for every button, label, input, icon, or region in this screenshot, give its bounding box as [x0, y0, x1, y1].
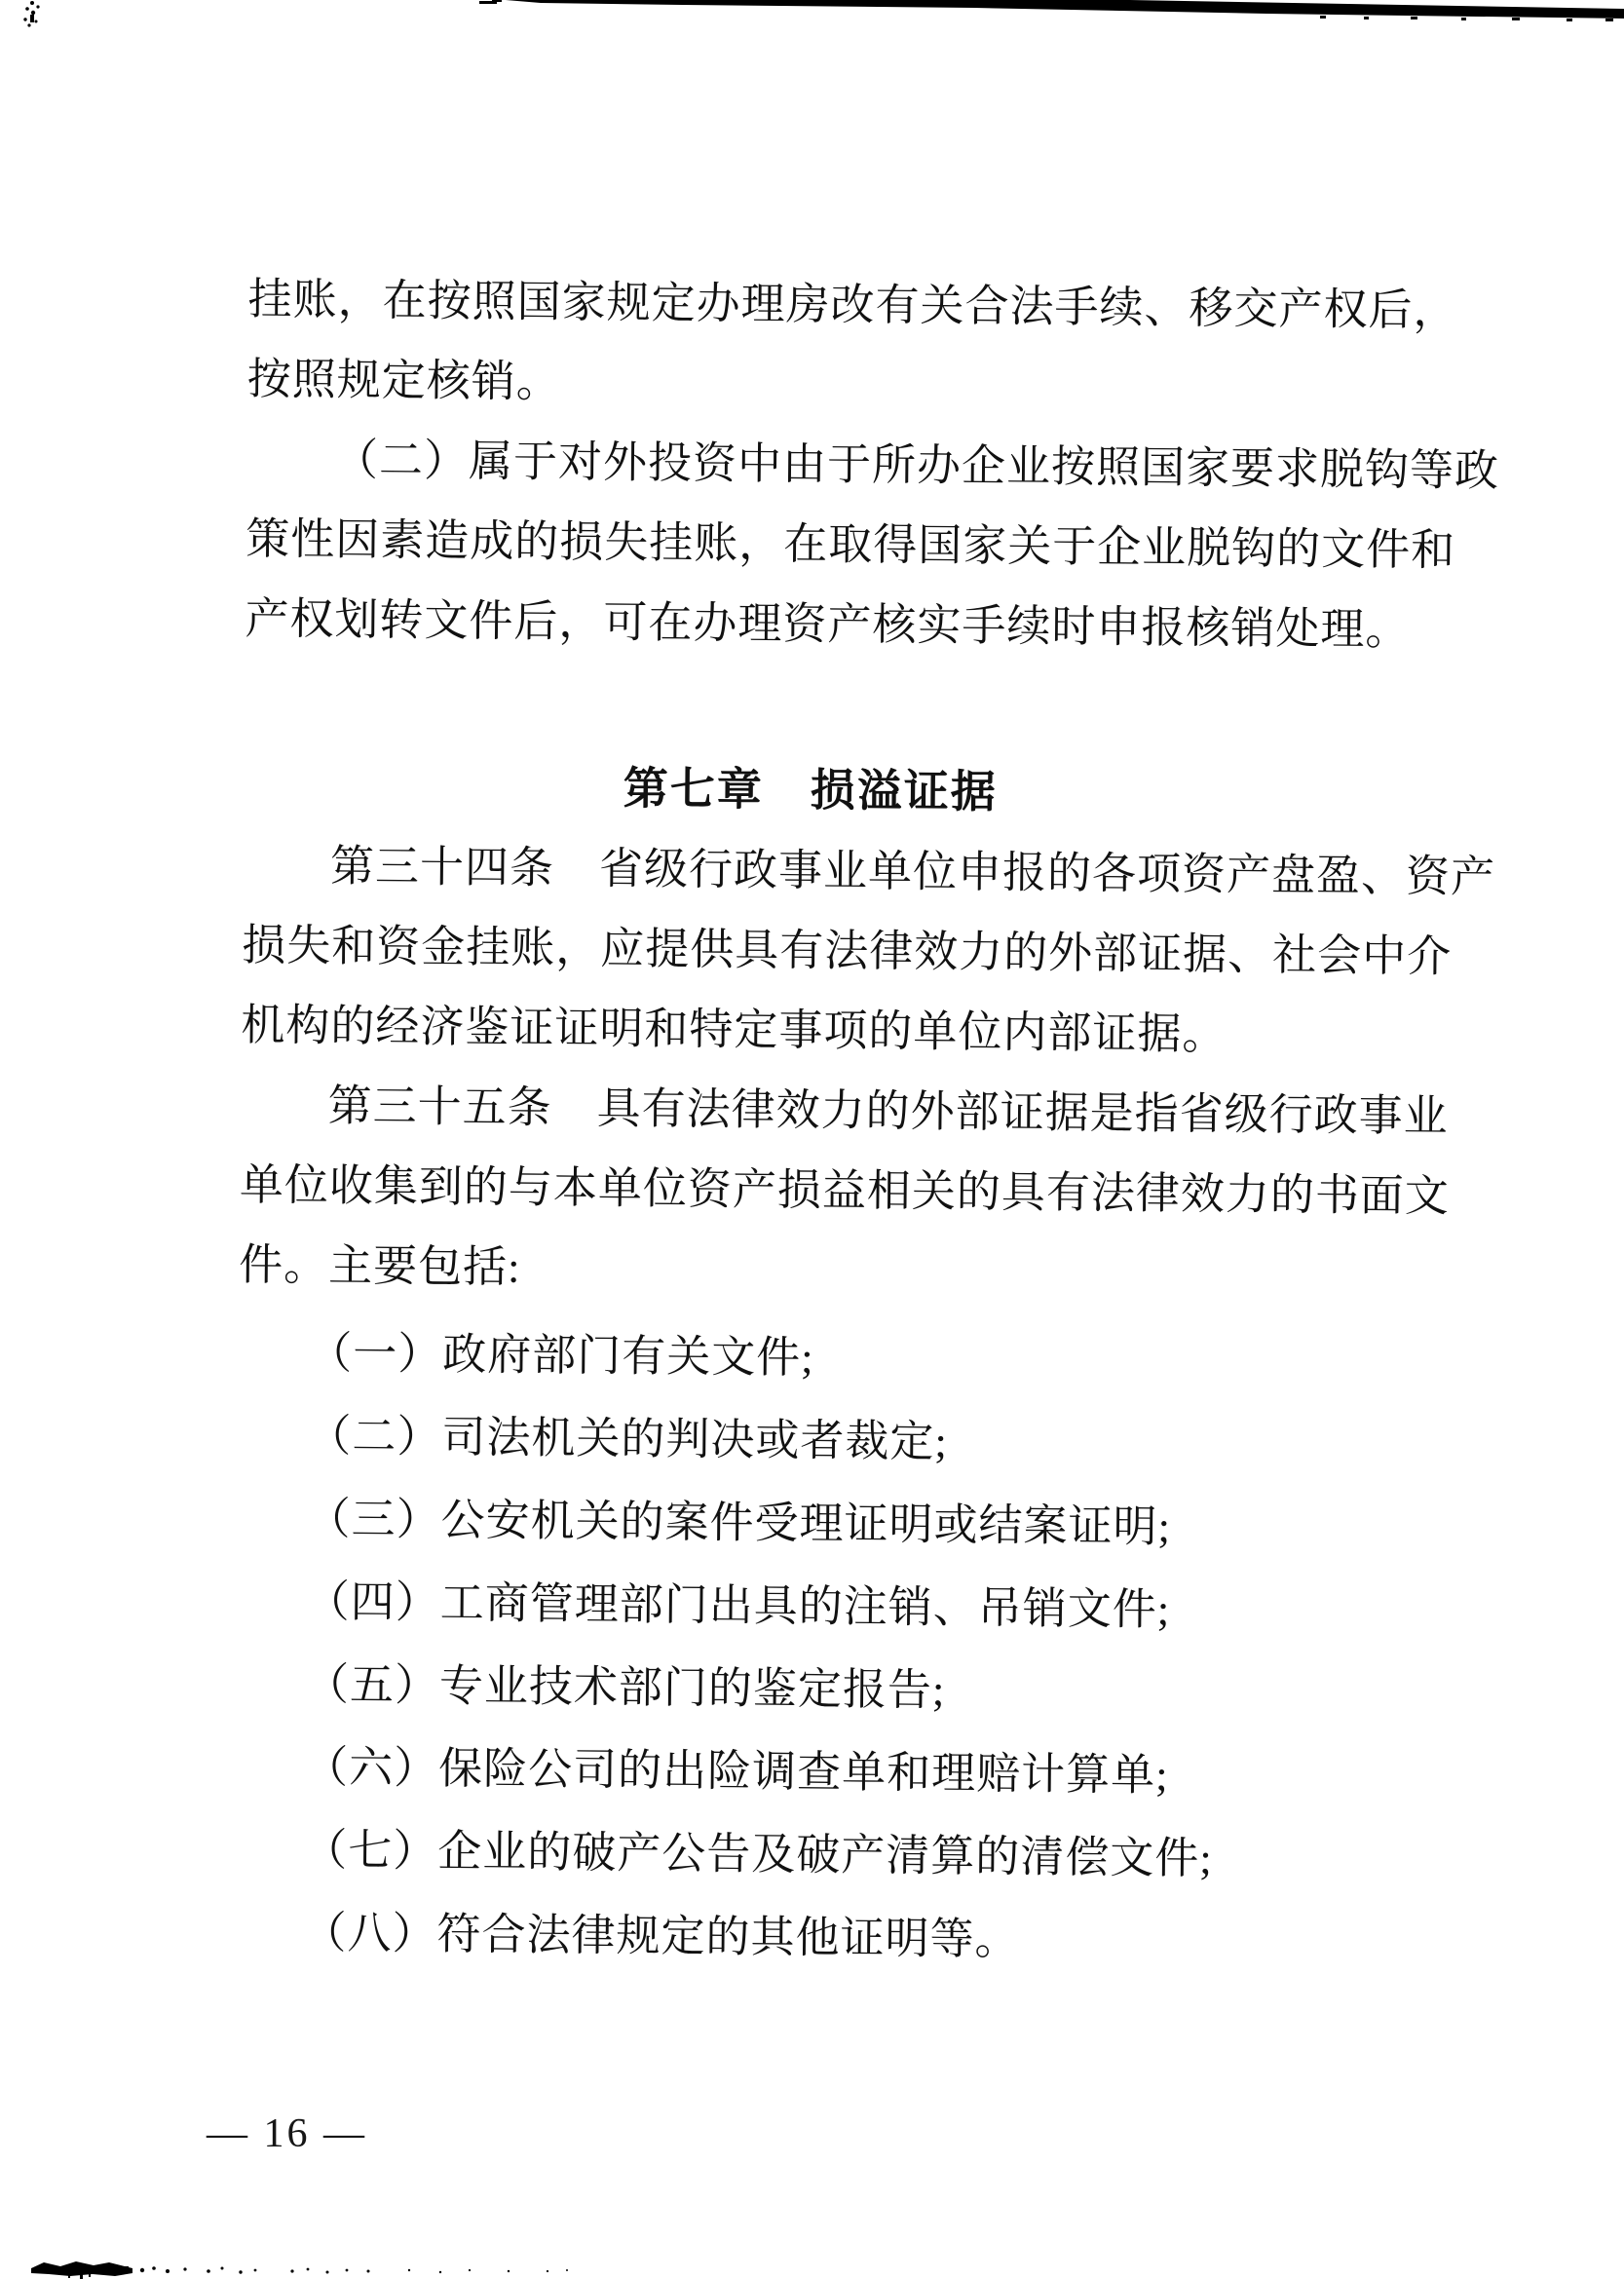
ink-speck-top-left [23, 1, 39, 27]
body-line: 按照规定核销。 [246, 339, 1543, 432]
ink-smudge-bottom-left [31, 2261, 568, 2279]
body-line: 件。主要包括: [239, 1225, 1535, 1317]
scanned-document-page: 挂账，在按照国家规定办理房改有关合法手续、移交产权后， 按照规定核销。 （二）属… [0, 0, 1624, 2279]
body-line: 损失和资金挂账，应提供具有法律效力的外部证据、社会中介 [242, 905, 1538, 998]
list-item: （八）符合法律规定的其他证明等。 [232, 1891, 1529, 1987]
list-item: （七）企业的破产公告及破产清算的清偿文件; [233, 1808, 1530, 1904]
chapter-heading: 第七章 损溢证据 [623, 749, 1539, 838]
body-line: （二）属于对外投资中由于所办企业按照国家要求脱钩等政 [246, 419, 1543, 512]
body-line: 产权划转文件后，可在办理资产核实手续时申报核销处理。 [245, 579, 1541, 671]
list-item: （一）政府部门有关文件; [238, 1311, 1534, 1407]
body-line: 机构的经济鉴证证明和特定事项的单位内部证据。 [241, 985, 1537, 1078]
scan-edge-artifact-top [479, 0, 1624, 21]
list-item: （六）保险公司的出险调查单和理赔计算单; [234, 1726, 1530, 1821]
list-item: （二）司法机关的判决或者裁定; [237, 1394, 1533, 1490]
list-item: （三）公安机关的案件受理证明或结案证明; [236, 1477, 1532, 1573]
list-item: （五）专业技术部门的鉴定报告; [235, 1643, 1531, 1738]
evidence-list: （一）政府部门有关文件; （二）司法机关的判决或者裁定; （三）公安机关的案件受… [232, 1311, 1533, 1987]
document-text-block: 挂账，在按照国家规定办理房改有关合法手续、移交产权后， 按照规定核销。 （二）属… [232, 259, 1544, 1987]
body-line: 第三十四条 省级行政事业单位申报的各项资产盘盈、资产 [243, 825, 1539, 918]
body-line: 挂账，在按照国家规定办理房改有关合法手续、移交产权后， [247, 259, 1544, 352]
body-line: 第三十五条 具有法律效力的外部证据是指省级行政事业 [240, 1065, 1536, 1158]
page-number: — 16 — [207, 2110, 367, 2157]
body-line: 策性因素造成的损失挂账，在取得国家关于企业脱钩的文件和 [245, 499, 1542, 591]
body-line: 单位收集到的与本单位资产损益相关的具有法律效力的书面文 [239, 1145, 1535, 1237]
list-item: （四）工商管理部门出具的注销、吊销文件; [235, 1560, 1531, 1655]
